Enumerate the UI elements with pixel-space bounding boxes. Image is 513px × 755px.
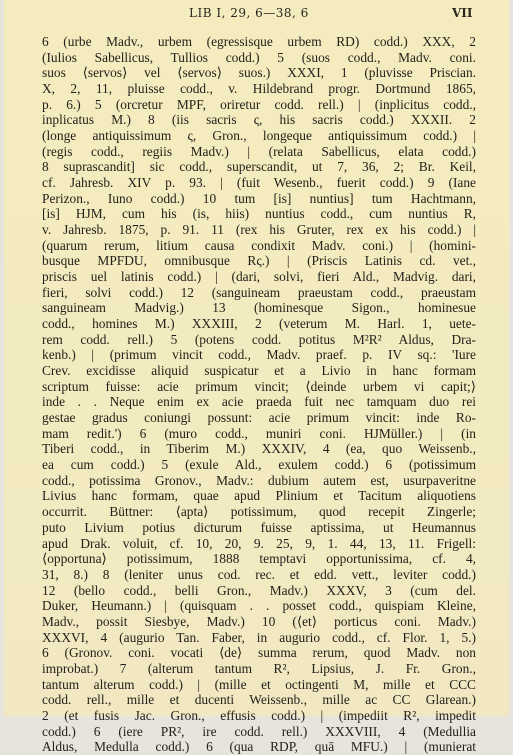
apparatus-line: (regis codd., regiis Madv.) | (relata Sa…: [42, 144, 476, 160]
apparatus-line: improbat.) 7 (alterum tantum R², Lipsius…: [42, 661, 476, 677]
critical-apparatus: 6 (urbe Madv., urbem (egressisque urbem …: [42, 34, 476, 723]
page-header: LIB I, 29, 6—38, 6 VII: [4, 3, 509, 23]
apparatus-line: 8 suprascandit] sic codd., superscandit,…: [42, 159, 476, 175]
apparatus-line: (quarum rerum, litium causa condixit Mad…: [42, 238, 476, 254]
apparatus-line: [is] HJM, cum his (is, hiis) nuntius cod…: [42, 206, 476, 222]
apparatus-line: X, 2, 11, pluisse codd., v. Hildebrand p…: [42, 81, 476, 97]
apparatus-line: busque MPFDU, omnibusque Rς.) | (Priscis…: [42, 253, 476, 269]
apparatus-line: (Iulios Sabellicus, Tullios codd.) 5 (su…: [42, 50, 476, 66]
apparatus-line: kenb.) | (primum vincit codd., Madv. pra…: [42, 347, 476, 363]
apparatus-line: ea cum codd.) 5 (exule Ald., exulem codd…: [42, 457, 476, 473]
apparatus-line: codd., potissima Gronov., Madv.: dubium …: [42, 473, 476, 489]
apparatus-line: ⟨opportuna⟩ potissimum, 1888 temptavi op…: [42, 551, 476, 567]
scanned-page: LIB I, 29, 6—38, 6 VII 6 (urbe Madv., ur…: [4, 0, 509, 716]
apparatus-line: Duker, Heumann.) | (quisquam . . posset …: [42, 598, 476, 614]
apparatus-line: fieri, solvi codd.) 12 (sanguineam praeu…: [42, 285, 476, 301]
apparatus-line: 6 (urbe Madv., urbem (egressisque urbem …: [42, 34, 476, 50]
apparatus-line: rem codd. rell.) 5 (potens codd. potitus…: [42, 332, 476, 348]
apparatus-line: Perizon., Iuno codd.) 10 tum [is] nuntiu…: [42, 191, 476, 207]
running-title: LIB I, 29, 6—38, 6: [189, 6, 309, 20]
apparatus-line: mam redit.') 6 (muro codd., muniri coni.…: [42, 426, 476, 442]
apparatus-line: inde . . Neque enim ex acie praeda fuit …: [42, 394, 476, 410]
apparatus-line: 31, 8.) 8 (leniter unus cod. rec. et edd…: [42, 567, 476, 583]
apparatus-line: (longe antiquissimum ς, Gron., longeque …: [42, 128, 476, 144]
apparatus-line: scriptum fuisse: acie primum vincit; ⟨de…: [42, 379, 476, 395]
apparatus-line: Crev. excidisse aliquid suspicatur et a …: [42, 363, 476, 379]
apparatus-line: 12 (bello codd., belli Gron., Madv.) XXX…: [42, 583, 476, 599]
apparatus-line: suos ⟨servos⟩ vel ⟨servos⟩ suos.) XXXI, …: [42, 65, 476, 81]
apparatus-line: v. Jahresb. 1875, p. 91. 11 (rex his Gru…: [42, 222, 476, 238]
apparatus-line: tantum alterum codd.) | (mille et octing…: [42, 677, 476, 693]
apparatus-line: p. 6.) 5 (orcretur MPF, oriretur codd. r…: [42, 97, 476, 113]
apparatus-line: 6 (Gronov. coni. vocati ⟨de⟩ summa rerum…: [42, 645, 476, 661]
apparatus-line: Tiberi codd., in Tiberim M.) XXXIV, 4 (e…: [42, 441, 476, 457]
apparatus-line: priscis uel latinis codd.) | (dari, solv…: [42, 269, 476, 285]
apparatus-line: puto Livium potius dicturum fuisse aptis…: [42, 520, 476, 536]
apparatus-line: XXXVI, 4 (augurio Tan. Faber, in augurio…: [42, 630, 476, 646]
apparatus-line: Livius hanc formam, quae apud Plinium et…: [42, 488, 476, 504]
page-number: VII: [452, 6, 473, 20]
apparatus-line: cf. Jahresb. XIV p. 93. | (fuit Wesenb.,…: [42, 175, 476, 191]
apparatus-line: occurrit. Büttner: ⟨apta⟩ potissimum, qu…: [42, 504, 476, 520]
apparatus-line: apud Drak. voluit, cf. 10, 20, 9. 25, 9,…: [42, 536, 476, 552]
apparatus-line: inplicatus M.) 8 (iis sacris ς, his sacr…: [42, 112, 476, 128]
apparatus-line: Madv., possit Siesbye, Madv.) 10 (⟨et⟩ p…: [42, 614, 476, 630]
apparatus-line: codd., homines M.) XXXIII, 2 (veterum M.…: [42, 316, 476, 332]
apparatus-line: codd. rell., mille et ducenti Weissenb.,…: [42, 692, 476, 708]
apparatus-line: sanguineam Madvig.) 13 (hominesque Sigon…: [42, 300, 476, 316]
apparatus-line: gestae gradus coniungi possunt: acie pri…: [42, 410, 476, 426]
apparatus-line: 2 (et fusis Jac. Gron., effusis codd.) |…: [42, 708, 476, 723]
